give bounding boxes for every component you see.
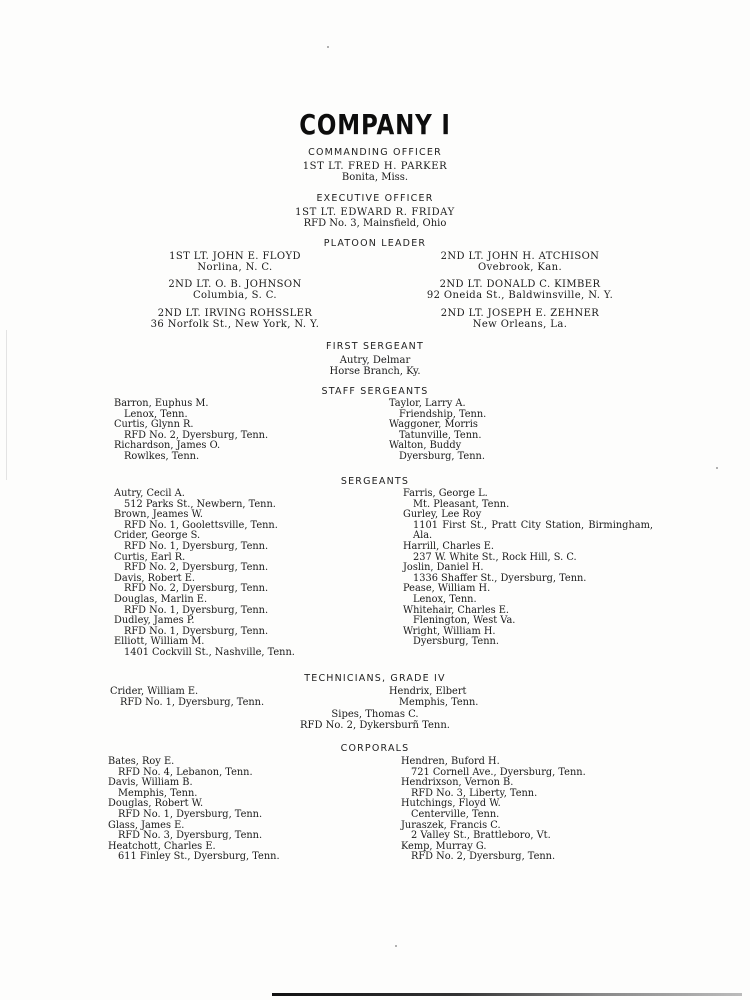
member-name: Douglas, Marlin E. (114, 595, 295, 606)
staff-sergeants-right-column: Taylor, Larry A.Friendship, Tenn.Waggone… (389, 399, 486, 463)
scan-speck (395, 945, 397, 947)
page-title: COMPANY I (68, 108, 683, 141)
platoon-leader-entry: 1ST LT. JOHN E. FLOYD Norlina, N. C. (140, 251, 330, 273)
roster-entry: Pease, William H.Lenox, Tenn. (403, 584, 653, 605)
officer-name: 2ND LT. DONALD C. KIMBER (410, 279, 630, 290)
officer-name: 2ND LT. JOHN H. ATCHISON (410, 251, 630, 262)
roster-entry: Hendrixson, Vernon B.RFD No. 3, Liberty,… (401, 778, 586, 799)
technicians-left-column: Crider, William E.RFD No. 1, Dyersburg, … (110, 687, 264, 708)
member-name: Bates, Roy E. (108, 757, 280, 768)
roster-entry: Richardson, James O.Rowlkes, Tenn. (114, 441, 268, 462)
roster-entry: Autry, Cecil A.512 Parks St., Newbern, T… (114, 489, 295, 510)
roster-entry: Crider, William E.RFD No. 1, Dyersburg, … (110, 687, 264, 708)
officer-address: Bonita, Miss. (0, 172, 750, 183)
scan-speck (327, 46, 329, 48)
roster-entry: Elliott, William M.1401 Cockvill St., Na… (114, 637, 295, 658)
officer-address: 92 Oneida St., Baldwinsville, N. Y. (410, 290, 630, 301)
member-address: RFD No. 1, Dyersburg, Tenn. (110, 698, 264, 709)
officer-name: 1ST LT. FRED H. PARKER (0, 161, 750, 172)
member-address: RFD No. 2, Dykersburñ Tenn. (0, 720, 750, 731)
roster-entry: Taylor, Larry A.Friendship, Tenn. (389, 399, 486, 420)
scan-speck (716, 467, 718, 469)
roster-entry: Curtis, Glynn R.RFD No. 2, Dyersburg, Te… (114, 420, 268, 441)
roster-entry: Crider, George S.RFD No. 1, Dyersburg, T… (114, 531, 295, 552)
first-sergeant: Autry, Delmar Horse Branch, Ky. (0, 355, 750, 377)
first-sergeant-heading: FIRST SERGEANT (0, 341, 750, 352)
roster-entry: Farris, George L.Mt. Pleasant, Tenn. (403, 489, 653, 510)
roster-entry: Barron, Euphus M.Lenox, Tenn. (114, 399, 268, 420)
platoon-leader-entry: 2ND LT. JOSEPH E. ZEHNER New Orleans, La… (410, 308, 630, 330)
corporals-right-column: Hendren, Buford H.721 Cornell Ave., Dyer… (401, 757, 586, 863)
member-address: 611 Finley St., Dyersburg, Tenn. (108, 852, 280, 863)
roster-entry: Glass, James E.RFD No. 3, Dyersburg, Ten… (108, 821, 280, 842)
roster-entry: Hutchings, Floyd W.Centerville, Tenn. (401, 799, 586, 820)
staff-sergeants-left-column: Barron, Euphus M.Lenox, Tenn.Curtis, Gly… (114, 399, 268, 463)
platoon-leader-entry: 2ND LT. IRVING ROHSSLER 36 Norfolk St., … (130, 308, 340, 330)
member-address: 1401 Cockvill St., Nashville, Tenn. (114, 648, 295, 659)
officer-address: Norlina, N. C. (140, 262, 330, 273)
roster-entry: Walton, BuddyDyersburg, Tenn. (389, 441, 486, 462)
roster-entry: Curtis, Earl R.RFD No. 2, Dyersburg, Ten… (114, 553, 295, 574)
sergeants-right-column: Farris, George L.Mt. Pleasant, Tenn.Gurl… (403, 489, 653, 648)
sergeants-heading: SERGEANTS (0, 476, 750, 487)
member-address: RFD No. 1, Dyersburg, Tenn. (108, 810, 280, 821)
roster-entry: Waggoner, MorrisTatunville, Tenn. (389, 420, 486, 441)
officer-address: Columbia, S. C. (140, 290, 330, 301)
executive-officer-heading: EXECUTIVE OFFICER (0, 193, 750, 204)
commanding-officer: 1ST LT. FRED H. PARKER Bonita, Miss. (0, 161, 750, 183)
roster-page: COMPANY I COMMANDING OFFICER 1ST LT. FRE… (0, 0, 750, 1000)
technician-center-entry: Sipes, Thomas C. RFD No. 2, Dykersburñ T… (0, 709, 750, 731)
platoon-leader-entry: 2ND LT. JOHN H. ATCHISON Ovebrook, Kan. (410, 251, 630, 273)
sergeants-left-column: Autry, Cecil A.512 Parks St., Newbern, T… (114, 489, 295, 659)
member-address: Rowlkes, Tenn. (114, 452, 268, 463)
member-name: Taylor, Larry A. (389, 399, 486, 410)
member-name: Autry, Cecil A. (114, 489, 295, 500)
member-address: Dyersburg, Tenn. (403, 637, 653, 648)
member-name: Sipes, Thomas C. (0, 709, 750, 720)
member-name: Autry, Delmar (0, 355, 750, 366)
corporals-left-column: Bates, Roy E.RFD No. 4, Lebanon, Tenn.Da… (108, 757, 280, 863)
officer-address: Ovebrook, Kan. (410, 262, 630, 273)
member-address: RFD No. 1, Dyersburg, Tenn. (114, 542, 295, 553)
staff-sergeants-heading: STAFF SERGEANTS (0, 386, 750, 397)
roster-entry: Bates, Roy E.RFD No. 4, Lebanon, Tenn. (108, 757, 280, 778)
member-address: Horse Branch, Ky. (0, 366, 750, 377)
roster-entry: Dudley, James P.RFD No. 1, Dyersburg, Te… (114, 616, 295, 637)
officer-name: 2ND LT. O. B. JOHNSON (140, 279, 330, 290)
member-address: RFD No. 2, Dyersburg, Tenn. (401, 852, 586, 863)
technicians-heading: TECHNICIANS, GRADE IV (0, 673, 750, 684)
corporals-heading: CORPORALS (0, 743, 750, 754)
member-address: 1101 First St., Pratt City Station, Birm… (403, 521, 653, 542)
officer-address: 36 Norfolk St., New York, N. Y. (130, 319, 340, 330)
member-name: Farris, George L. (403, 489, 653, 500)
platoon-leader-entry: 2ND LT. O. B. JOHNSON Columbia, S. C. (140, 279, 330, 301)
page-edge-shadow (6, 330, 7, 480)
roster-entry: Douglas, Robert W.RFD No. 1, Dyersburg, … (108, 799, 280, 820)
member-address: Dyersburg, Tenn. (389, 452, 486, 463)
roster-entry: Harrill, Charles E.237 W. White St., Roc… (403, 542, 653, 563)
roster-entry: Douglas, Marlin E.RFD No. 1, Dyersburg, … (114, 595, 295, 616)
member-address: Memphis, Tenn. (389, 698, 478, 709)
officer-address: New Orleans, La. (410, 319, 630, 330)
roster-entry: Wright, William H.Dyersburg, Tenn. (403, 627, 653, 648)
platoon-leader-entry: 2ND LT. DONALD C. KIMBER 92 Oneida St., … (410, 279, 630, 301)
roster-entry: Hendren, Buford H.721 Cornell Ave., Dyer… (401, 757, 586, 778)
officer-address: RFD No. 3, Mainsfield, Ohio (0, 218, 750, 229)
member-address: Lenox, Tenn. (403, 595, 653, 606)
member-name: Crider, William E. (110, 687, 264, 698)
roster-entry: Brown, Jeames W.RFD No. 1, Goolettsville… (114, 510, 295, 531)
platoon-leader-heading: PLATOON LEADER (0, 238, 750, 249)
roster-entry: Kemp, Murray G.RFD No. 2, Dyersburg, Ten… (401, 842, 586, 863)
roster-entry: Whitehair, Charles E.Flenington, West Va… (403, 606, 653, 627)
member-address: Centerville, Tenn. (401, 810, 586, 821)
member-name: Harrill, Charles E. (403, 542, 653, 553)
officer-name: 1ST LT. JOHN E. FLOYD (140, 251, 330, 262)
roster-entry: Hendrix, ElbertMemphis, Tenn. (389, 687, 478, 708)
member-name: Hendrix, Elbert (389, 687, 478, 698)
roster-entry: Gurley, Lee Roy1101 First St., Pratt Cit… (403, 510, 653, 542)
roster-entry: Joslin, Daniel H.1336 Shaffer St., Dyers… (403, 563, 653, 584)
technicians-right-column: Hendrix, ElbertMemphis, Tenn. (389, 687, 478, 708)
member-name: Hendren, Buford H. (401, 757, 586, 768)
roster-entry: Heatchott, Charles E.611 Finley St., Dye… (108, 842, 280, 863)
roster-entry: Davis, William B.Memphis, Tenn. (108, 778, 280, 799)
bottom-edge-rule (272, 993, 742, 996)
executive-officer: 1ST LT. EDWARD R. FRIDAY RFD No. 3, Main… (0, 207, 750, 229)
officer-name: 2ND LT. JOSEPH E. ZEHNER (410, 308, 630, 319)
roster-entry: Davis, Robert E.RFD No. 2, Dyersburg, Te… (114, 574, 295, 595)
officer-name: 2ND LT. IRVING ROHSSLER (130, 308, 340, 319)
roster-entry: Juraszek, Francis C.2 Valley St., Brattl… (401, 821, 586, 842)
commanding-officer-heading: COMMANDING OFFICER (0, 147, 750, 158)
member-name: Barron, Euphus M. (114, 399, 268, 410)
officer-name: 1ST LT. EDWARD R. FRIDAY (0, 207, 750, 218)
